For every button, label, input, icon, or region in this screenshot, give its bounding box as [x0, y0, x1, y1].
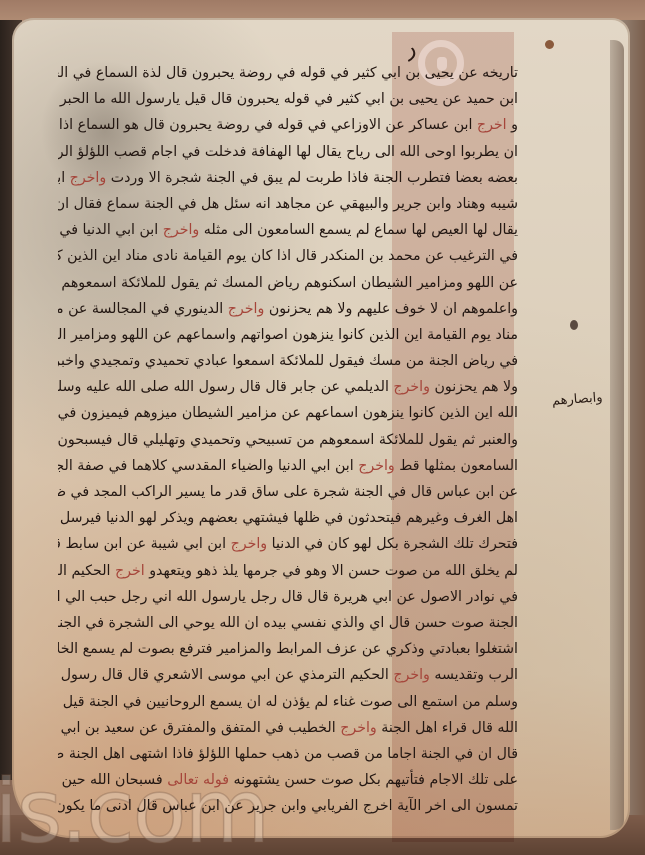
- manuscript-line: والعنبر ثم يقول للملائكة اسمعوهم من تسبي…: [58, 427, 518, 453]
- line-text: فسبحان الله حين: [62, 772, 168, 788]
- line-text: ابن ابي الدنيا والضياء المقدسي كلاهما في…: [58, 458, 358, 474]
- line-text: عن ابن عباس قال في الجنة شجرة على ساق قد…: [58, 484, 518, 500]
- rubric-word: واخرج: [358, 458, 395, 474]
- rubric-word: واخرج: [393, 379, 430, 395]
- manuscript-line: الله اين الذين كانوا ينزهون اسماعهم عن م…: [58, 400, 518, 426]
- rubric-word: واخرج: [70, 170, 107, 186]
- line-text: في نوادر الاصول عن ابي هريرة قال قال رجل…: [58, 589, 518, 605]
- line-text: فتحرك تلك الشجرة بكل لهو كان في الدنيا: [267, 536, 518, 552]
- line-text: تاريخه عن يحيى بن ابي كثير في قوله في رو…: [58, 65, 518, 81]
- rubric-word: واخرج: [393, 667, 430, 683]
- manuscript-line: الله قال قراء اهل الجنة واخرج الخطيب في …: [58, 715, 518, 741]
- rubric-word: اخرج: [115, 563, 145, 579]
- rubric-word: اخرج: [477, 117, 507, 133]
- line-text: ابن حميد عن يحيى بن ابي كثير في قوله يحب…: [58, 91, 518, 107]
- line-text: ان يطربوا اوحى الله الى رياح يقال لها ال…: [58, 144, 518, 160]
- manuscript-line: تاريخه عن يحيى بن ابي كثير في قوله في رو…: [58, 60, 518, 86]
- manuscript-line: السامعون بمثلها قط واخرج ابن ابي الدنيا …: [58, 453, 518, 479]
- stain-spot: [570, 320, 578, 330]
- manuscript-line: لم يخلق الله من صوت حسن الا وهو في جرمها…: [58, 558, 518, 584]
- line-text: والعنبر ثم يقول للملائكة اسمعوهم من تسبي…: [58, 432, 518, 448]
- line-text: الحكيم الترمذي: [58, 563, 115, 579]
- line-text: الدينوري في المجالسة عن مجاهد قال ينادي: [58, 301, 228, 317]
- line-text: الديلمي عن جابر قال قال رسول الله صلى ال…: [58, 379, 393, 395]
- manuscript-line: ان يطربوا اوحى الله الى رياح يقال لها ال…: [58, 139, 518, 165]
- line-text: وسلم من استمع الى صوت غناء لم يؤذن له ان…: [58, 694, 518, 710]
- rubric-word: واخرج: [163, 222, 200, 238]
- line-text: اهل الغرف وغيرهم فيتحدثون في ظلها فيشتهي…: [58, 510, 518, 526]
- manuscript-line: واعلموهم ان لا خوف عليهم ولا هم يحزنون و…: [58, 296, 518, 322]
- line-text: ولا هم يحزنون: [430, 379, 518, 395]
- manuscript-line: وسلم من استمع الى صوت غناء لم يؤذن له ان…: [58, 689, 518, 715]
- line-text: لم يخلق الله من صوت حسن الا وهو في جرمها…: [145, 563, 518, 579]
- line-text: شيبه وهناد وابن جرير والبيهقي عن مجاهد ا…: [58, 196, 518, 212]
- line-text: ابن: [58, 170, 70, 186]
- line-text: السامعون بمثلها قط: [395, 458, 518, 474]
- manuscript-line: فتحرك تلك الشجرة بكل لهو كان في الدنيا و…: [58, 531, 518, 557]
- manuscript-line: ابن حميد عن يحيى بن ابي كثير في قوله يحب…: [58, 86, 518, 112]
- stain-spot: [545, 40, 554, 49]
- manuscript-line: يقال لها العيص لها سماع لم يسمع السامعون…: [58, 217, 518, 243]
- line-text: ابن عساكر عن الاوزاعي في قوله في روضة يح…: [58, 117, 477, 133]
- line-text: بعضه بعضا فتطرب الجنة فاذا طربت لم يبق ف…: [106, 170, 518, 186]
- line-text: الله اين الذين كانوا ينزهون اسماعهم عن م…: [58, 405, 518, 421]
- manuscript-line: في نوادر الاصول عن ابي هريرة قال قال رجل…: [58, 584, 518, 610]
- line-text: و: [507, 117, 518, 133]
- rubric-word: واخرج: [228, 301, 265, 317]
- line-text: الحكيم الترمذي عن ابي موسى الاشعري قال ق…: [58, 667, 393, 683]
- rubric-word: واخرج: [340, 720, 377, 736]
- line-text: الخطيب في المتفق والمفترق عن سعيد بن ابي…: [58, 720, 340, 736]
- line-text: ابن ابي شيبة عن ابن سابط قال ان في الجنة…: [58, 536, 231, 552]
- line-text: اشتغلوا بعبادتي وذكري عن عزف المرابط وال…: [58, 641, 518, 657]
- rubric-word: فوله تعالى: [167, 772, 229, 788]
- page-edge: [610, 40, 624, 830]
- manuscript-line: اشتغلوا بعبادتي وذكري عن عزف المرابط وال…: [58, 636, 518, 662]
- line-text: في رياض الجنة من مسك فيقول للملائكة اسمع…: [58, 353, 518, 369]
- line-text: الله قال قراء اهل الجنة: [377, 720, 518, 736]
- manuscript-line: في رياض الجنة من مسك فيقول للملائكة اسمع…: [58, 348, 518, 374]
- manuscript-line: و اخرج ابن عساكر عن الاوزاعي في قوله في …: [58, 112, 518, 138]
- manuscript-line: قال ان في الجنة اجاما من قصب من ذهب حمله…: [58, 741, 518, 767]
- manuscript-line: ولا هم يحزنون واخرج الديلمي عن جابر قال …: [58, 374, 518, 400]
- manuscript-line: تمسون الى اخر الآية اخرج الفريابي وابن ج…: [58, 793, 518, 819]
- line-text: يقال لها العيص لها سماع لم يسمع السامعون…: [199, 222, 518, 238]
- manuscript-line: الرب وتقديسه واخرج الحكيم الترمذي عن ابي…: [58, 662, 518, 688]
- manuscript-line: في الترغيب عن محمد بن المنكدر قال اذا كا…: [58, 243, 518, 269]
- manuscript-line: اهل الغرف وغيرهم فيتحدثون في ظلها فيشتهي…: [58, 505, 518, 531]
- manuscript-text: تاريخه عن يحيى بن ابي كثير في قوله في رو…: [58, 60, 518, 819]
- line-text: الجنة صوت حسن قال اي والذي نفسي بيده ان …: [58, 615, 518, 631]
- manuscript-line: شيبه وهناد وابن جرير والبيهقي عن مجاهد ا…: [58, 191, 518, 217]
- manuscript-line: بعضه بعضا فتطرب الجنة فاذا طربت لم يبق ف…: [58, 165, 518, 191]
- line-text: عن اللهو ومزامير الشيطان اسكنوهم رياض ال…: [58, 275, 518, 291]
- line-text: واعلموهم ان لا خوف عليهم ولا هم يحزنون: [264, 301, 518, 317]
- line-text: في الترغيب عن محمد بن المنكدر قال اذا كا…: [58, 248, 518, 264]
- line-text: مناد يوم القيامة اين الذين كانوا ينزهون …: [58, 327, 518, 343]
- line-text: ابن ابي الدنيا في ذم الملاهي والاصبهاني: [58, 222, 163, 238]
- manuscript-line: الجنة صوت حسن قال اي والذي نفسي بيده ان …: [58, 610, 518, 636]
- line-text: الرب وتقديسه: [430, 667, 518, 683]
- line-text: قال ان في الجنة اجاما من قصب من ذهب حمله…: [58, 746, 518, 762]
- manuscript-line: عن ابن عباس قال في الجنة شجرة على ساق قد…: [58, 479, 518, 505]
- manuscript-line: على تلك الاجام فتأتيهم بكل صوت حسن يشتهو…: [58, 767, 518, 793]
- rubric-word: واخرج: [231, 536, 268, 552]
- line-text: تمسون الى اخر الآية اخرج الفريابي وابن ج…: [58, 798, 518, 814]
- manuscript-line: مناد يوم القيامة اين الذين كانوا ينزهون …: [58, 322, 518, 348]
- line-text: على تلك الاجام فتأتيهم بكل صوت حسن يشتهو…: [229, 772, 518, 788]
- manuscript-line: عن اللهو ومزامير الشيطان اسكنوهم رياض ال…: [58, 270, 518, 296]
